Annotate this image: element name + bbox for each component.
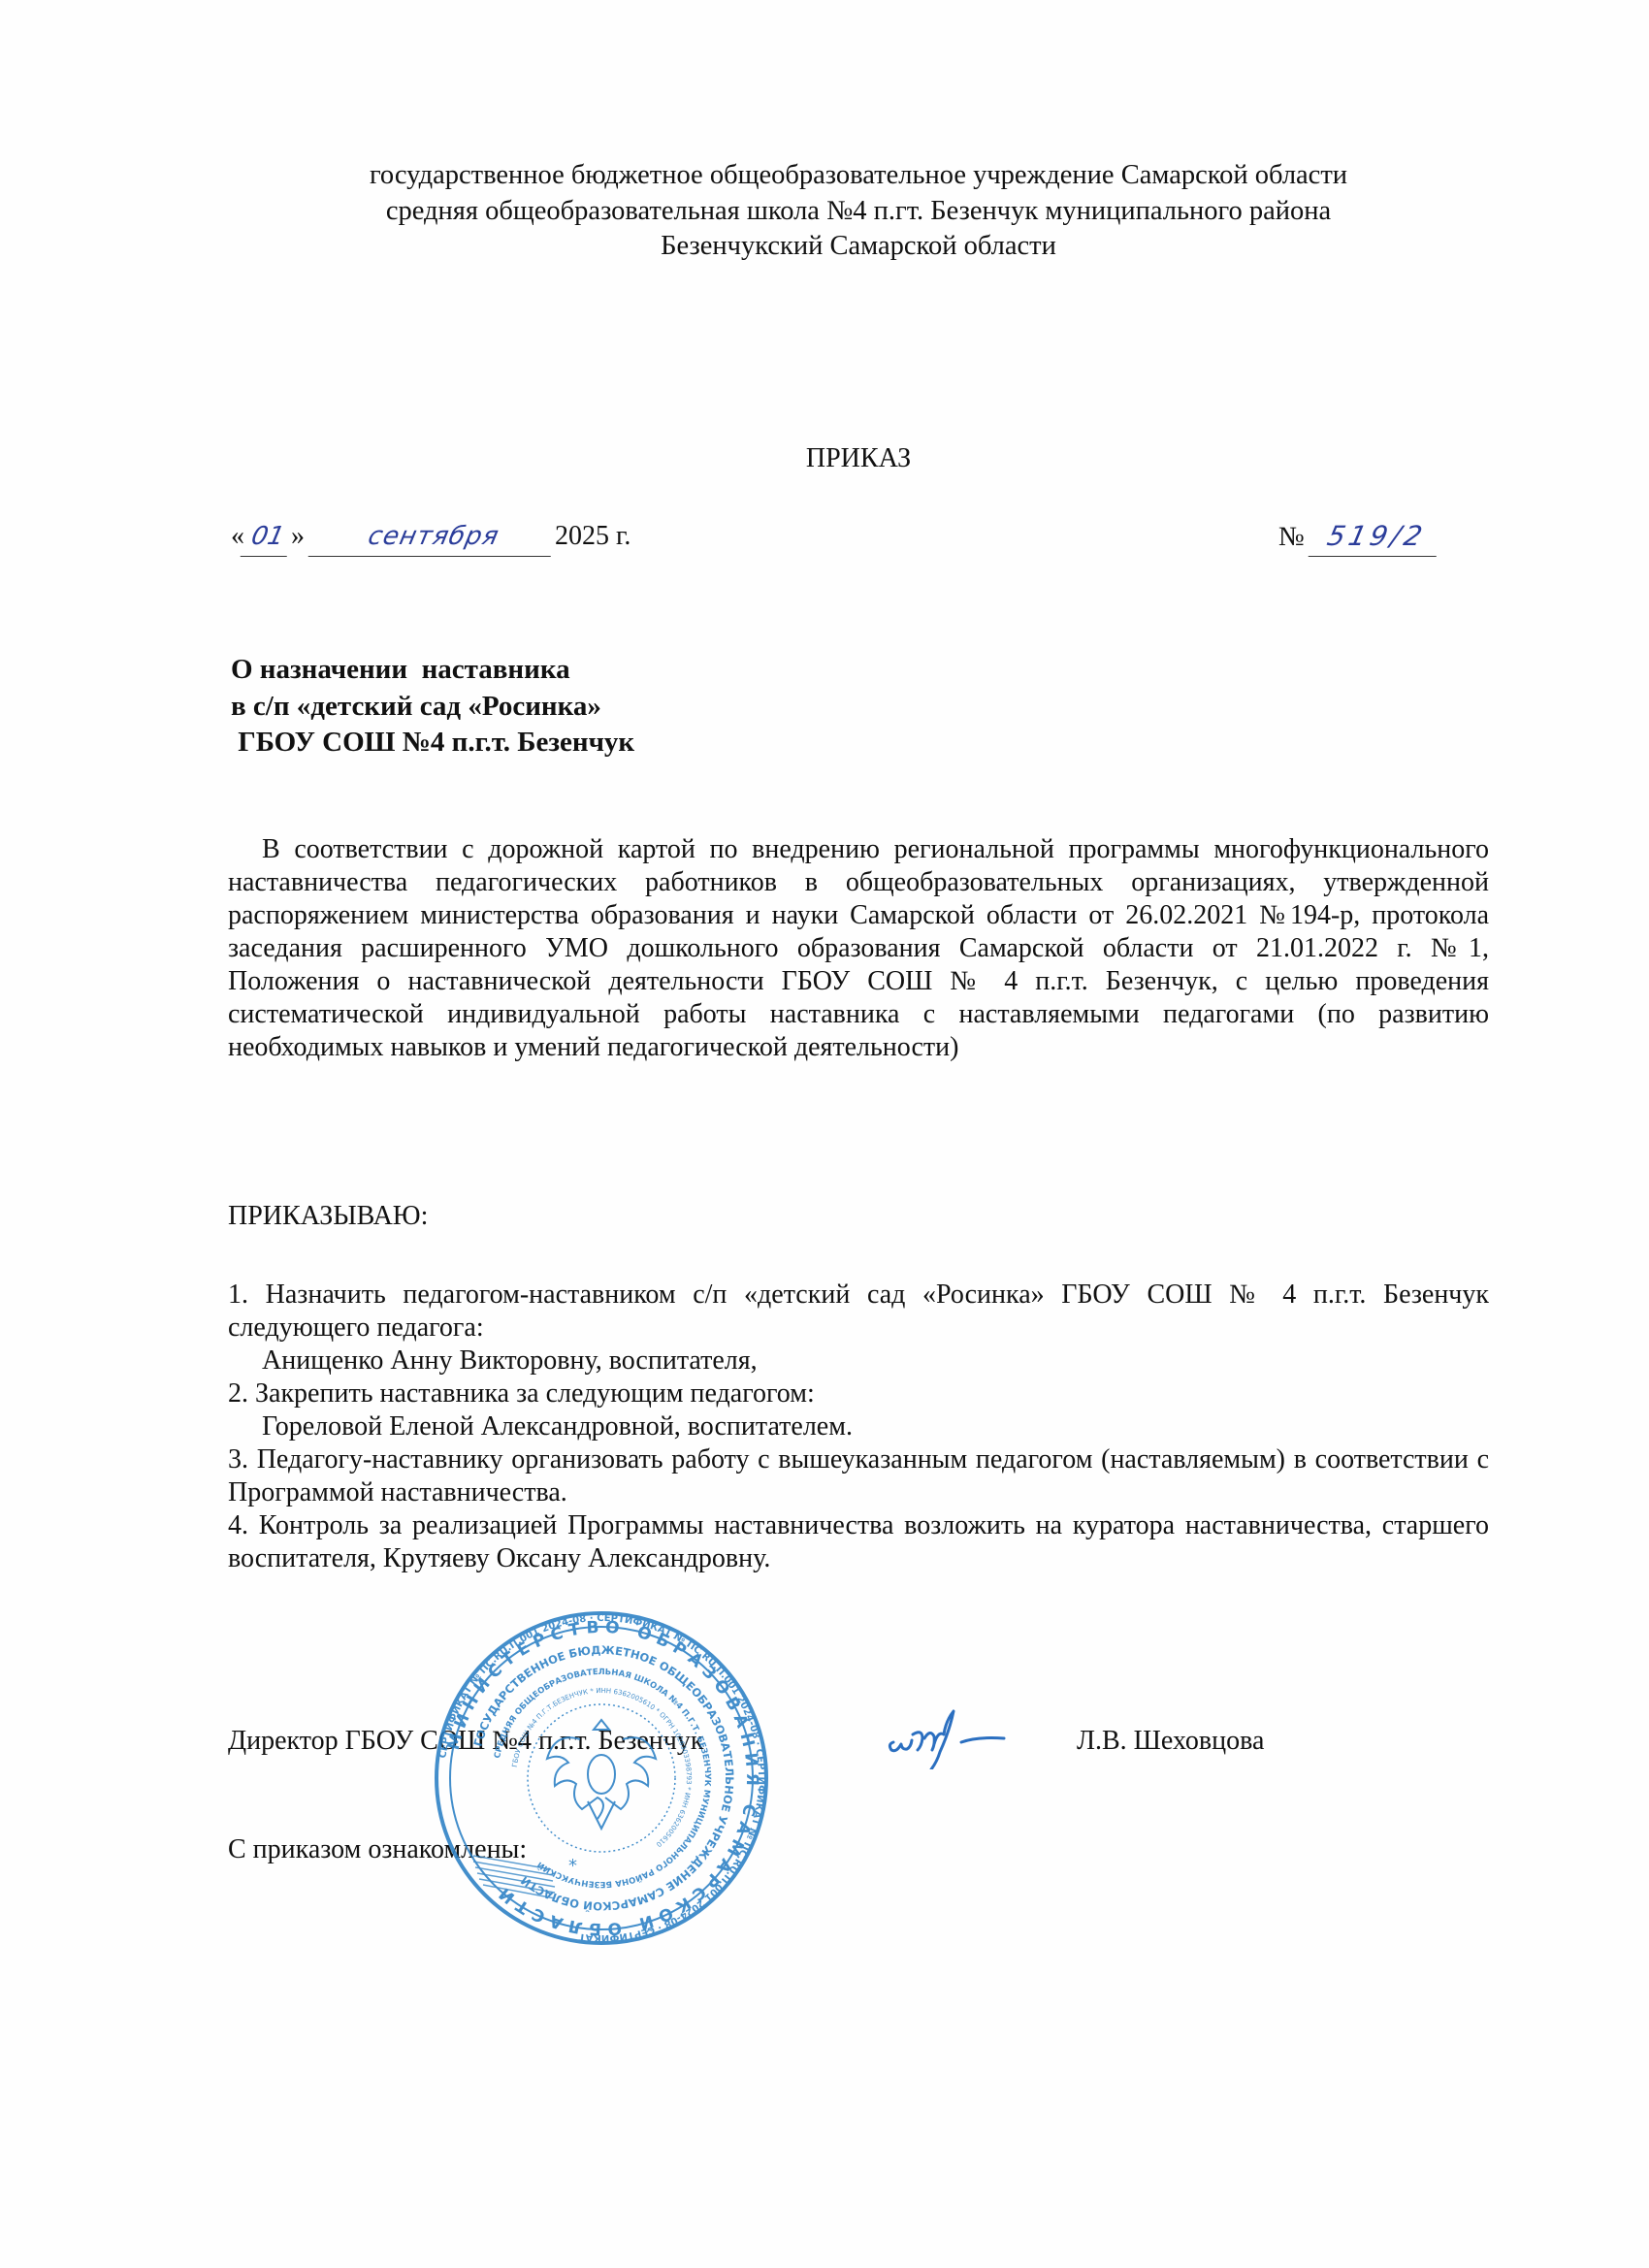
preamble-paragraph: В соответствии с дорожной картой по внед… (228, 833, 1489, 1064)
order-item-1: 1. Назначить педагогом-наставником с/п «… (228, 1279, 1489, 1345)
svg-text:*: * (568, 1856, 577, 1876)
official-seal-icon: СЕРТИФИКАТ № ПС.RU.П.001 2024-08 · СЕРТИ… (435, 1611, 768, 1945)
order-date: «01»сентября2025 г. (231, 517, 630, 557)
handwritten-day: 01 (241, 517, 296, 557)
document-title: ПРИКАЗ (228, 443, 1489, 474)
svg-text:МИНИСТЕРСТВО ОБРАЗОВАНИЯ САМАР: МИНИСТЕРСТВО ОБРАЗОВАНИЯ САМАРСКОЙ ОБЛАС… (444, 1618, 761, 1939)
signatory-name: Л.В. Шеховцова (1077, 1726, 1264, 1757)
subject-line: ГБОУ СОШ №4 п.г.т. Безенчук (231, 725, 634, 761)
order-items: 1. Назначить педагогом-наставником с/п «… (228, 1279, 1489, 1575)
svg-text:СРЕДНЯЯ ОБЩЕОБРАЗОВАТЕЛЬНАЯ ШК: СРЕДНЯЯ ОБЩЕОБРАЗОВАТЕЛЬНАЯ ШКОЛА №4 П.Г… (493, 1668, 712, 1889)
order-subject: О назначении наставника в с/п «детский с… (231, 652, 634, 761)
number-sign: № (1278, 522, 1305, 552)
order-item-4: 4. Контроль за реализацией Программы нас… (228, 1509, 1489, 1575)
header-line: средняя общеобразовательная школа №4 п.г… (228, 194, 1489, 230)
order-item-3: 3. Педагогу-наставнику организовать рабо… (228, 1443, 1489, 1509)
order-item-2-person: Гореловой Еленой Александровной, воспита… (228, 1410, 1489, 1443)
subject-line: в с/п «детский сад «Росинка» (231, 689, 634, 726)
year: 2025 г. (555, 521, 630, 551)
order-word: ПРИКАЗЫВАЮ: (228, 1201, 428, 1232)
handwritten-signature-icon (888, 1709, 1014, 1769)
subject-line: О назначении наставника (231, 652, 634, 689)
header-line: Безенчукский Самарской области (228, 229, 1489, 265)
handwritten-month: сентября (308, 517, 560, 557)
organization-header: государственное бюджетное общеобразовате… (228, 158, 1489, 265)
svg-text:ГБОУ СОШ №4 П.Г.Т.БЕЗЕНЧУК * И: ГБОУ СОШ №4 П.Г.Т.БЕЗЕНЧУК * ИНН 6362005… (511, 1687, 693, 1848)
document-page: государственное бюджетное общеобразовате… (0, 0, 1649, 2268)
header-line: государственное бюджетное общеобразовате… (228, 158, 1489, 194)
order-number: №519/2 (1278, 517, 1440, 557)
order-item-2: 2. Закрепить наставника за следующим пед… (228, 1377, 1489, 1410)
order-item-1-person: Анищенко Анну Викторовну, воспитателя, (228, 1345, 1489, 1377)
handwritten-number: 519/2 (1308, 517, 1444, 557)
